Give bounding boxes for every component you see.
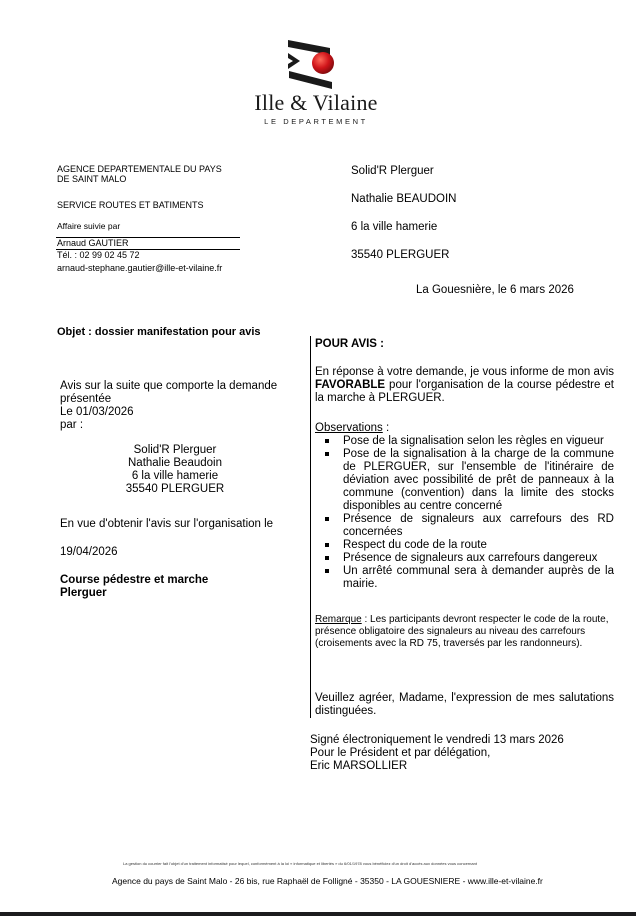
recipient-city: 35540 PLERGUER bbox=[351, 249, 449, 261]
favorable-label: FAVORABLE bbox=[315, 379, 385, 391]
recipient-person: Nathalie BEAUDOIN bbox=[351, 193, 456, 205]
par-label: par : bbox=[60, 419, 310, 432]
signed-line: Signé électroniquement le vendredi 13 ma… bbox=[310, 734, 564, 747]
applicant-org: Solid'R Plerguer bbox=[60, 444, 290, 457]
recipient-street: 6 la ville hamerie bbox=[351, 221, 437, 233]
event-line-2: Plerguer bbox=[60, 587, 208, 600]
response-text-pre: En réponse à votre demande, je vous info… bbox=[315, 366, 614, 378]
remark-paragraph: Remarque : Les participants devront resp… bbox=[315, 614, 614, 650]
sender-agency: AGENCE DEPARTEMENTALE DU PAYS DE SAINT M… bbox=[57, 164, 222, 184]
intro-line-1: Avis sur la suite que comporte la demand… bbox=[60, 380, 310, 393]
signature-block: Signé électroniquement le vendredi 13 ma… bbox=[310, 734, 564, 773]
footer-address: Agence du pays de Saint Malo - 26 bis, r… bbox=[112, 876, 543, 886]
observation-item: Pose de la signalisation à la charge de … bbox=[315, 448, 614, 513]
observations-list: Pose de la signalisation selon les règle… bbox=[315, 435, 614, 591]
contact-phone: Tél. : 02 99 02 45 72 bbox=[57, 250, 140, 260]
signatory-name: Eric MARSOLLIER bbox=[310, 760, 564, 773]
agency-line-1: AGENCE DEPARTEMENTALE DU PAYS bbox=[57, 164, 222, 174]
request-date: Le 01/03/2026 bbox=[60, 406, 310, 419]
delegation-line: Pour le Président et par délégation, bbox=[310, 747, 564, 760]
pour-avis-heading: POUR AVIS : bbox=[315, 338, 384, 351]
logo-emblem-icon bbox=[286, 38, 346, 90]
logo-wordmark: Ille & Vilaine bbox=[246, 90, 386, 116]
observation-item: Présence de signaleurs aux carrefours da… bbox=[315, 552, 614, 565]
observation-item: Pose de la signalisation selon les règle… bbox=[315, 435, 614, 448]
sender-service: SERVICE ROUTES ET BATIMENTS bbox=[57, 200, 204, 210]
event-date: 19/04/2026 bbox=[60, 546, 118, 559]
response-paragraph: En réponse à votre demande, je vous info… bbox=[315, 366, 614, 405]
event-line-1: Course pédestre et marche bbox=[60, 574, 208, 587]
request-intro: Avis sur la suite que comporte la demand… bbox=[60, 380, 310, 432]
applicant-block: Solid'R Plerguer Nathalie Beaudoin 6 la … bbox=[60, 444, 290, 496]
event-title: Course pédestre et marche Plerguer bbox=[60, 574, 208, 600]
footer-legal-notice: La gestion du courrier fait l'objet d'un… bbox=[123, 861, 477, 866]
applicant-street: 6 la ville hamerie bbox=[60, 470, 290, 483]
followed-by-label: Affaire suivie par bbox=[57, 221, 120, 231]
agency-line-2: DE SAINT MALO bbox=[57, 174, 222, 184]
observations-label: Observations bbox=[315, 422, 383, 434]
purpose-line: En vue d'obtenir l'avis sur l'organisati… bbox=[60, 518, 273, 531]
observation-item: Un arrêté communal sera à demander auprè… bbox=[315, 565, 614, 591]
applicant-person: Nathalie Beaudoin bbox=[60, 457, 290, 470]
column-divider bbox=[310, 336, 311, 718]
remark-label: Remarque bbox=[315, 614, 362, 625]
contact-email[interactable]: arnaud-stephane.gautier@ille-et-vilaine.… bbox=[57, 263, 222, 273]
contact-name: Arnaud GAUTIER bbox=[57, 238, 129, 248]
observations-colon: : bbox=[383, 422, 389, 434]
observation-item: Respect du code de la route bbox=[315, 539, 614, 552]
observations-heading: Observations : bbox=[315, 422, 389, 435]
recipient-org: Solid'R Plerguer bbox=[351, 165, 434, 177]
department-logo: Ille & Vilaine LE DEPARTEMENT bbox=[246, 36, 386, 128]
observation-item: Présence de signaleurs aux carrefours de… bbox=[315, 513, 614, 539]
letter-object: Objet : dossier manifestation pour avis bbox=[57, 326, 261, 338]
intro-line-2: présentée bbox=[60, 393, 310, 406]
logo-subtitle: LE DEPARTEMENT bbox=[246, 117, 386, 126]
closing-paragraph: Veuillez agréer, Madame, l'expression de… bbox=[315, 692, 614, 718]
bottom-edge-bar bbox=[0, 912, 636, 916]
date-line: La Gouesnière, le 6 mars 2026 bbox=[416, 284, 574, 296]
applicant-city: 35540 PLERGUER bbox=[60, 483, 290, 496]
